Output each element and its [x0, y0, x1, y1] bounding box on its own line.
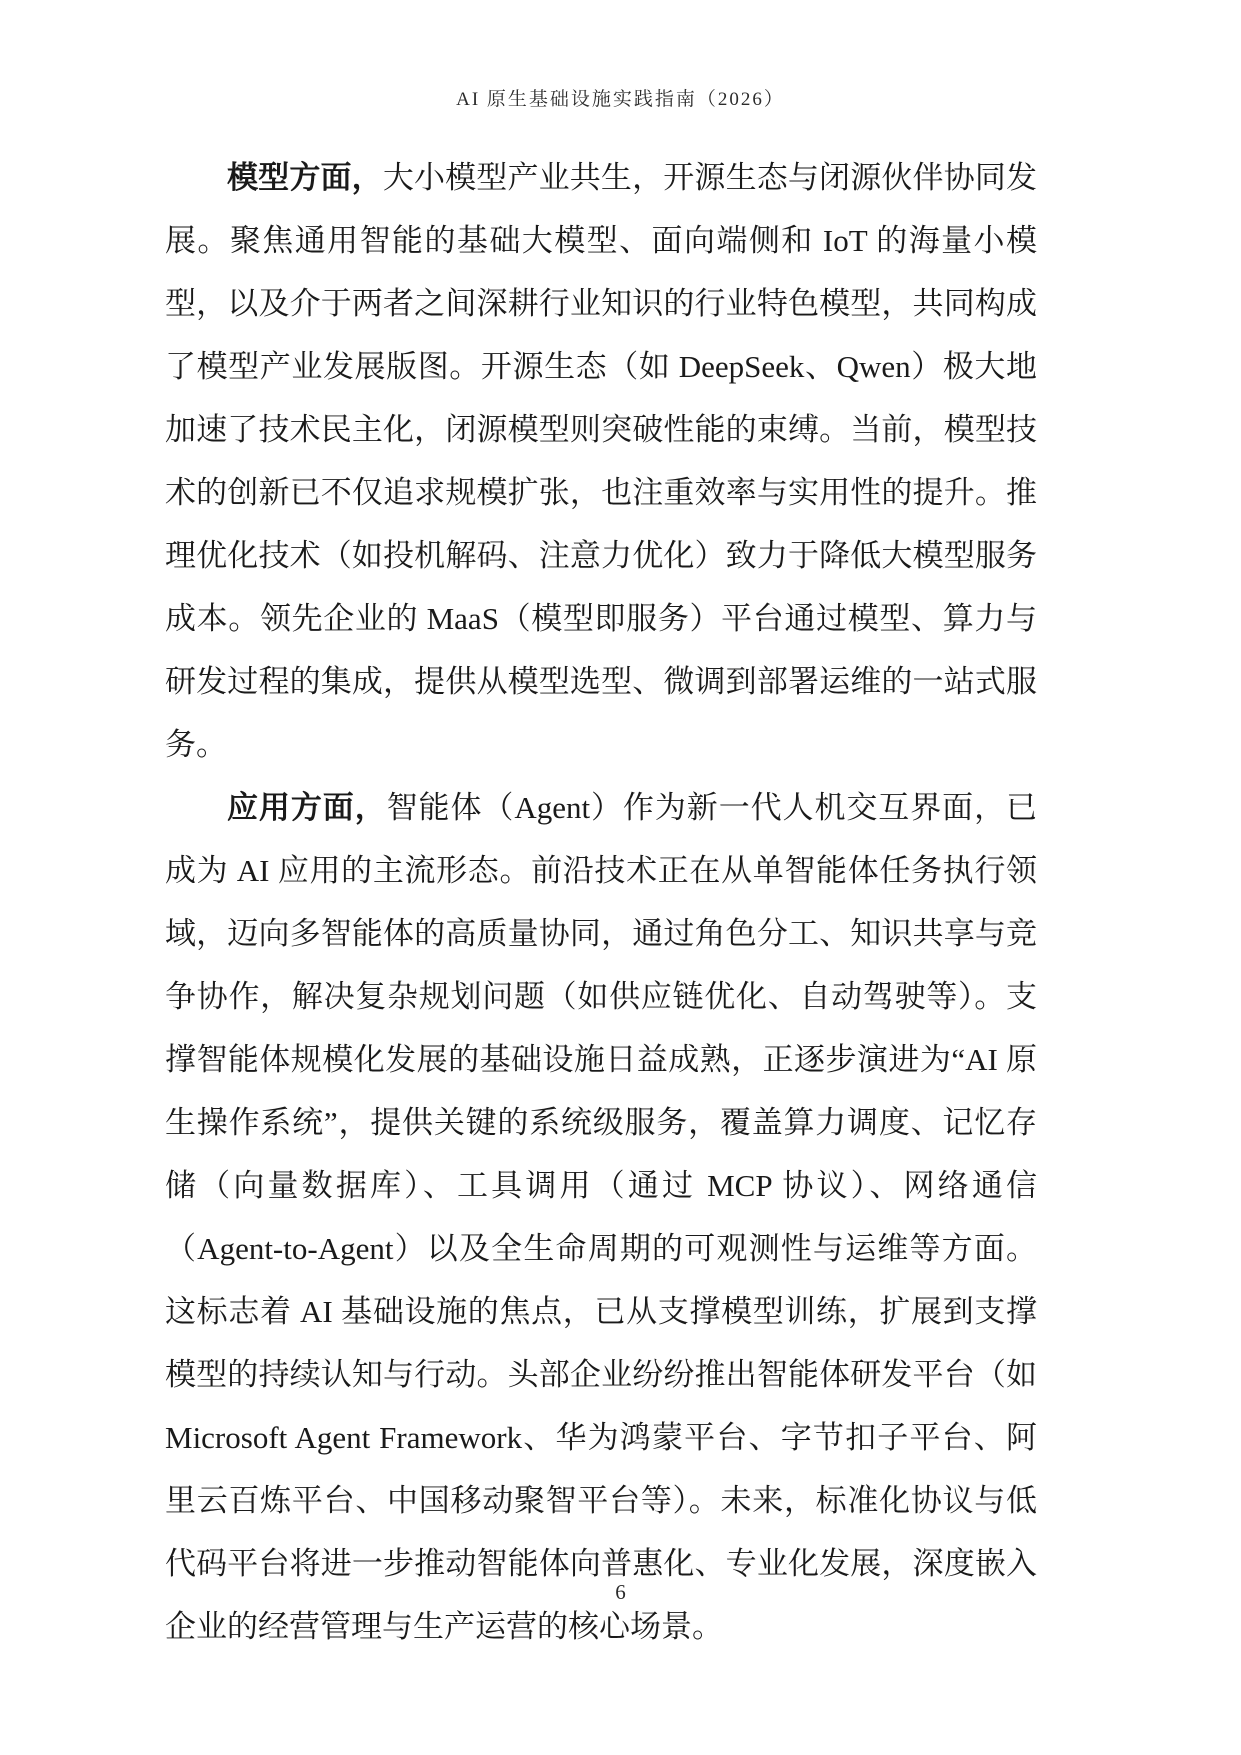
paragraph-application: 应用方面，智能体（Agent）作为新一代人机交互界面，已成为 AI 应用的主流形…	[165, 776, 1037, 1658]
paragraph-model-lead: 模型方面，	[227, 160, 383, 195]
document-body: 模型方面，大小模型产业共生，开源生态与闭源伙伴协同发展。聚焦通用智能的基础大模型…	[165, 146, 1037, 1658]
paragraph-model: 模型方面，大小模型产业共生，开源生态与闭源伙伴协同发展。聚焦通用智能的基础大模型…	[165, 146, 1037, 776]
paragraph-model-body: 大小模型产业共生，开源生态与闭源伙伴协同发展。聚焦通用智能的基础大模型、面向端侧…	[165, 160, 1037, 762]
page-header-title: AI 原生基础设施实践指南（2026）	[0, 84, 1241, 111]
paragraph-application-body: 智能体（Agent）作为新一代人机交互界面，已成为 AI 应用的主流形态。前沿技…	[165, 790, 1037, 1644]
paragraph-application-lead: 应用方面，	[227, 790, 387, 825]
page-number: 6	[0, 1580, 1241, 1605]
document-page: AI 原生基础设施实践指南（2026） 模型方面，大小模型产业共生，开源生态与闭…	[0, 0, 1241, 1755]
